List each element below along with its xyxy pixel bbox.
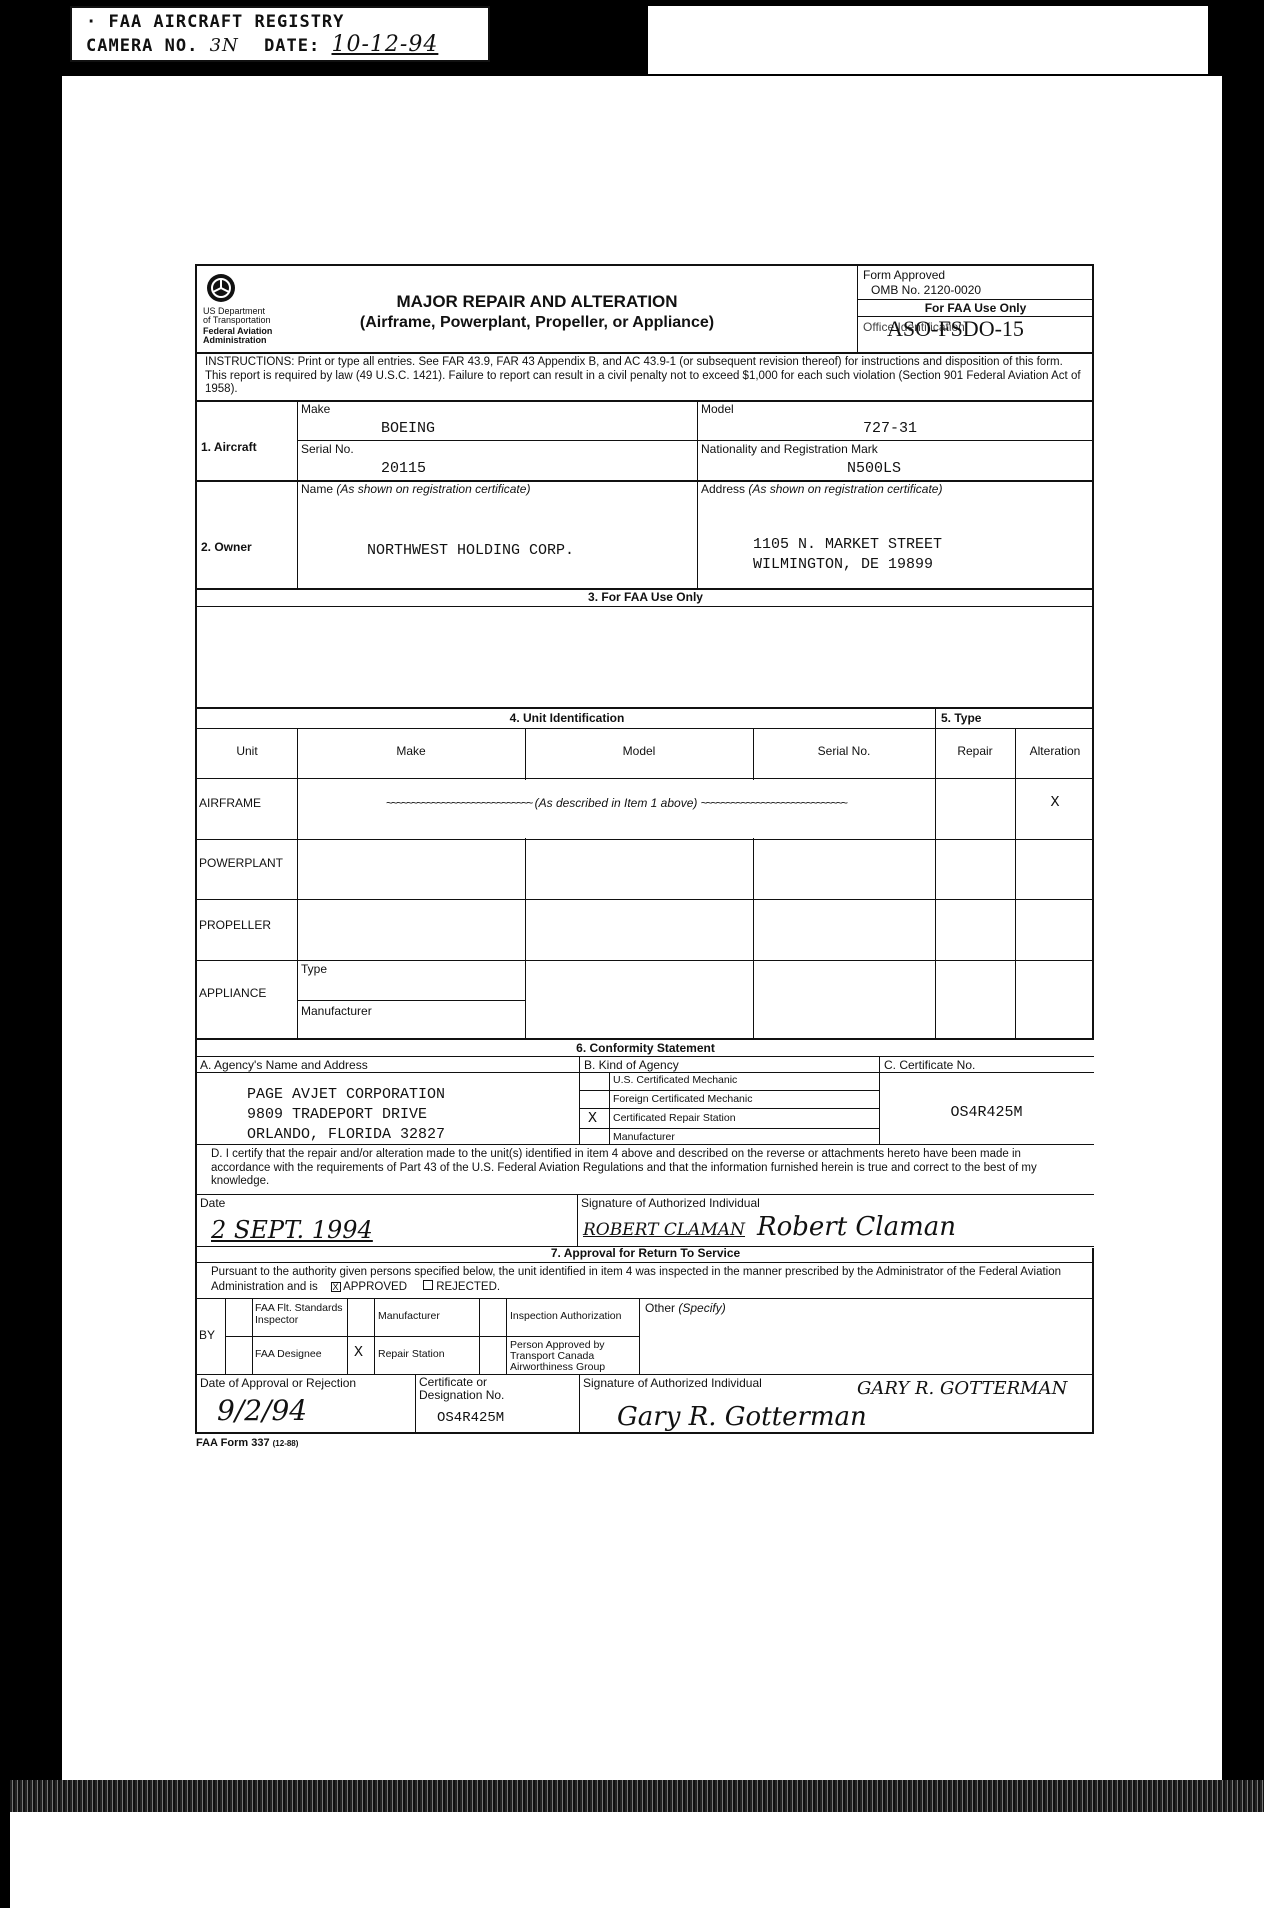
other-specify-label: Other (Specify) bbox=[645, 1301, 726, 1315]
registry-stamp: · FAA AIRCRAFT REGISTRY CAMERA NO. 3N DA… bbox=[70, 6, 490, 62]
owner-address-line2[interactable]: WILMINGTON, DE 19899 bbox=[753, 556, 933, 573]
certification-text: D. I certify that the repair and/or alte… bbox=[211, 1148, 1081, 1189]
airframe-note: ~~~~~~~~~~~~~~~~~~~~~~~~~~~~~ (As descri… bbox=[298, 796, 934, 810]
row-appliance-label: APPLIANCE bbox=[199, 986, 266, 1000]
agency-line-2: of Transportation bbox=[203, 315, 271, 325]
conformity-signature-label: Signature of Authorized Individual bbox=[581, 1196, 760, 1210]
form-title: MAJOR REPAIR AND ALTERATION bbox=[287, 292, 787, 312]
stamp-date-label: DATE: bbox=[264, 36, 320, 56]
owner-address-line1[interactable]: 1105 N. MARKET STREET bbox=[753, 536, 942, 553]
approval-cert-number[interactable]: OS4R425M bbox=[437, 1410, 504, 1426]
conformity-signature[interactable]: Robert Claman bbox=[757, 1212, 956, 1242]
instructions-text: INSTRUCTIONS: Print or type all entries.… bbox=[205, 356, 1085, 397]
kind-repair-station: Certificated Repair Station bbox=[613, 1112, 736, 1124]
approval-signature-label: Signature of Authorized Individual bbox=[583, 1376, 762, 1390]
certificate-number[interactable]: OS4R425M bbox=[879, 1104, 1094, 1121]
conformity-date-label: Date bbox=[200, 1196, 225, 1210]
by-faa-inspector: FAA Flt. Standards Inspector bbox=[255, 1302, 345, 1326]
conformity-date[interactable]: 2 SEPT. 1994 bbox=[211, 1216, 373, 1244]
agency-line3[interactable]: ORLANDO, FLORIDA 32827 bbox=[247, 1126, 445, 1143]
kind-foreign-mechanic: Foreign Certificated Mechanic bbox=[613, 1093, 752, 1105]
by-manufacturer: Manufacturer bbox=[378, 1310, 440, 1322]
serial-label: Serial No. bbox=[301, 442, 354, 456]
camera-label: CAMERA NO. bbox=[86, 36, 198, 56]
kind-repair-station-mark[interactable]: X bbox=[588, 1110, 597, 1127]
agency-name-label: A. Agency's Name and Address bbox=[200, 1058, 368, 1072]
conformity-section-label: 6. Conformity Statement bbox=[197, 1041, 1094, 1055]
faa-form-337: US Department of Transportation Federal … bbox=[195, 264, 1094, 1434]
agency-line2[interactable]: 9809 TRADEPORT DRIVE bbox=[247, 1106, 427, 1123]
col-make: Make bbox=[297, 744, 525, 758]
stamp-camera-line: CAMERA NO. 3N DATE: 10-12-94 bbox=[86, 32, 438, 57]
type-section-label: 5. Type bbox=[941, 711, 981, 725]
col-unit: Unit bbox=[197, 744, 297, 758]
faa-use-area[interactable] bbox=[197, 607, 1094, 707]
form-approved-label: Form Approved bbox=[863, 268, 945, 282]
unit-id-section-label: 4. Unit Identification bbox=[197, 711, 937, 725]
kind-manufacturer: Manufacturer bbox=[613, 1131, 675, 1143]
by-transport-canada: Person Approved by Transport Canada Airw… bbox=[510, 1340, 638, 1373]
make-label: Make bbox=[301, 402, 330, 416]
approval-date[interactable]: 9/2/94 bbox=[217, 1394, 307, 1427]
conformity-signature-print: ROBERT CLAMAN bbox=[583, 1220, 745, 1240]
nationality-label: Nationality and Registration Mark bbox=[701, 442, 878, 456]
by-inspection-authorization: Inspection Authorization bbox=[510, 1310, 622, 1322]
col-model: Model bbox=[525, 744, 753, 758]
owner-name[interactable]: NORTHWEST HOLDING CORP. bbox=[367, 542, 574, 559]
row-airframe-label: AIRFRAME bbox=[199, 796, 261, 810]
certificate-no-label: C. Certificate No. bbox=[884, 1058, 975, 1072]
airframe-alteration-mark[interactable]: X bbox=[1015, 794, 1095, 811]
approval-text: Pursuant to the authority given persons … bbox=[211, 1266, 1091, 1294]
col-repair: Repair bbox=[935, 744, 1015, 758]
stamp-title: · FAA AIRCRAFT REGISTRY bbox=[86, 12, 344, 32]
rejected-label: REJECTED. bbox=[436, 1281, 500, 1293]
form-footer: FAA Form 337 (12-88) bbox=[196, 1437, 298, 1449]
owner-name-label: Name (As shown on registration certifica… bbox=[301, 482, 530, 496]
aircraft-section-label: 1. Aircraft bbox=[201, 440, 257, 454]
approval-signature[interactable]: Gary R. Gotterman bbox=[617, 1402, 867, 1432]
rejected-checkbox[interactable] bbox=[423, 1280, 433, 1290]
aircraft-model[interactable]: 727-31 bbox=[863, 420, 917, 437]
stamp-date: 10-12-94 bbox=[332, 32, 439, 57]
registration-mark[interactable]: N500LS bbox=[847, 460, 901, 477]
by-repair-station-mark[interactable]: X bbox=[354, 1344, 363, 1361]
bottom-scan-noise bbox=[10, 1780, 1264, 1812]
approval-signature-print: GARY R. GOTTERMAN bbox=[857, 1378, 1067, 1399]
appliance-type-label: Type bbox=[301, 962, 327, 976]
office-id-value[interactable]: ASO-FSDO-15 bbox=[887, 316, 1024, 342]
top-right-paper-strip bbox=[648, 6, 1208, 74]
col-serial: Serial No. bbox=[753, 744, 935, 758]
owner-section-label: 2. Owner bbox=[201, 540, 252, 554]
kind-of-agency-label: B. Kind of Agency bbox=[584, 1058, 679, 1072]
row-propeller-label: PROPELLER bbox=[199, 918, 271, 932]
row-powerplant-label: POWERPLANT bbox=[199, 856, 283, 870]
appliance-manufacturer-label: Manufacturer bbox=[301, 1004, 372, 1018]
approval-date-label: Date of Approval or Rejection bbox=[200, 1376, 356, 1390]
faa-use-only-label: For FAA Use Only bbox=[857, 301, 1094, 315]
camera-number: 3N bbox=[210, 35, 239, 56]
omb-number: OMB No. 2120-0020 bbox=[871, 283, 981, 297]
bottom-margin bbox=[10, 1812, 1264, 1908]
by-faa-designee: FAA Designee bbox=[255, 1348, 322, 1360]
approved-checkbox[interactable]: X bbox=[331, 1282, 341, 1292]
col-alteration: Alteration bbox=[1015, 744, 1095, 758]
form-subtitle: (Airframe, Powerplant, Propeller, or App… bbox=[287, 314, 787, 332]
faa-use-section-label: 3. For FAA Use Only bbox=[197, 590, 1094, 604]
dot-logo-icon bbox=[207, 274, 235, 302]
approval-cert-label: Certificate or Designation No. bbox=[419, 1376, 539, 1402]
agency-line1[interactable]: PAGE AVJET CORPORATION bbox=[247, 1086, 445, 1103]
model-label: Model bbox=[701, 402, 734, 416]
aircraft-make[interactable]: BOEING bbox=[381, 420, 435, 437]
aircraft-serial[interactable]: 20115 bbox=[381, 460, 426, 477]
approved-label: APPROVED bbox=[343, 1281, 407, 1293]
approval-section-label: 7. Approval for Return To Service bbox=[197, 1246, 1094, 1260]
agency-line-4: Administration bbox=[203, 335, 267, 345]
kind-us-mechanic: U.S. Certificated Mechanic bbox=[613, 1074, 737, 1086]
owner-address-label: Address (As shown on registration certif… bbox=[701, 482, 942, 496]
by-label: BY bbox=[199, 1328, 215, 1342]
by-repair-station: Repair Station bbox=[378, 1348, 445, 1360]
